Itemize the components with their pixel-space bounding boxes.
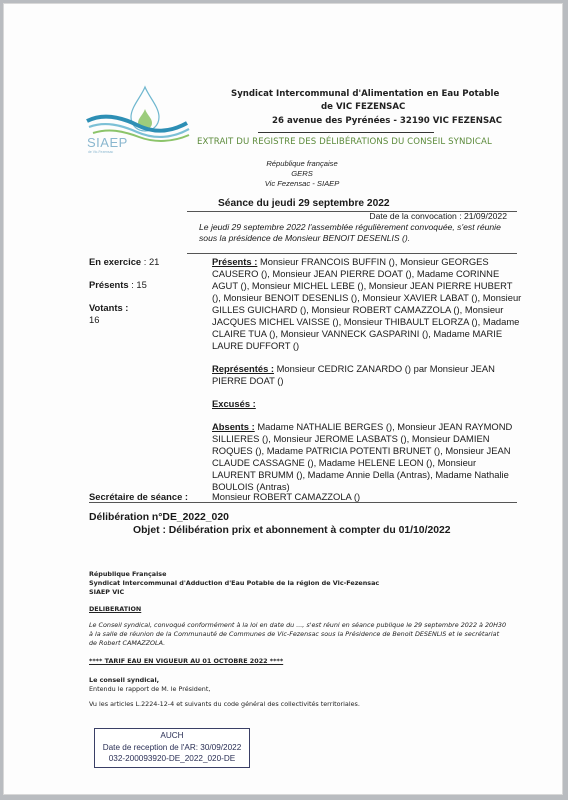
- seance-title: Séance du jeudi 29 septembre 2022: [218, 198, 390, 209]
- excuses-paragraph: Excusés :: [212, 398, 522, 410]
- header-divider: [258, 132, 434, 133]
- svg-text:SIAEP: SIAEP: [87, 135, 128, 150]
- tarif-heading: **** TARIF EAU EN VIGUEUR AU 01 OCTOBRE …: [89, 657, 283, 666]
- absents-paragraph: Absents : Madame NATHALIE BERGES (), Mon…: [212, 421, 522, 493]
- attendees-list: Présents : Monsieur FRANCOIS BUFFIN (), …: [212, 256, 522, 504]
- divider: [89, 502, 517, 503]
- representes-paragraph: Représentés : Monsieur CEDRIC ZANARDO ()…: [212, 363, 522, 387]
- extract-title: EXTRAIT DU REGISTRE DES DÉLIBÉRATIONS DU…: [197, 137, 492, 147]
- divider: [187, 253, 517, 254]
- republique-label: République française: [257, 159, 347, 169]
- org-name-line2: de VIC FEZENSAC: [321, 100, 405, 114]
- siaep-logo: SIAEP de Vic-Fezensac: [83, 83, 193, 155]
- en-exercice-count: En exercice : 21: [89, 256, 209, 268]
- location-block: République française GERS Vic Fezensac -…: [257, 159, 347, 189]
- stamp-reception-date: Date de reception de l'AR: 30/09/2022: [95, 742, 249, 754]
- reception-stamp: AUCH Date de reception de l'AR: 30/09/20…: [94, 728, 250, 768]
- conseil-block: Le conseil syndical, Entendu le rapport …: [89, 676, 210, 694]
- body-header: République Française Syndicat Intercommu…: [89, 570, 379, 597]
- vu-articles: Vu les articles L.2224-12-4 et suivants …: [89, 700, 360, 709]
- stamp-reference: 032-200093920-DE_2022_020-DE: [95, 753, 249, 765]
- lieu-label: Vic Fezensac - SIAEP: [257, 179, 347, 189]
- convocation-date: Date de la convocation : 21/09/2022: [369, 211, 507, 221]
- departement-label: GERS: [257, 169, 347, 179]
- deliberation-paragraph: Le Conseil syndical, convoqué conforméme…: [89, 621, 509, 648]
- presents-paragraph: Présents : Monsieur FRANCOIS BUFFIN (), …: [212, 256, 522, 352]
- deliberation-number: Délibération n°DE_2022_020: [89, 512, 229, 523]
- svg-text:de Vic-Fezensac: de Vic-Fezensac: [88, 150, 113, 154]
- seance-intro: Le jeudi 29 septembre 2022 l'assemblée r…: [199, 222, 519, 244]
- deliberation-objet: Objet : Délibération prix et abonnement …: [133, 525, 451, 536]
- presents-count: Présents : 15: [89, 279, 209, 291]
- org-address: 26 avenue des Pyrénées - 32190 VIC FEZEN…: [272, 114, 502, 128]
- secretaire-value: Monsieur ROBERT CAMAZZOLA (): [212, 491, 360, 502]
- water-drop-logo-icon: SIAEP de Vic-Fezensac: [83, 83, 193, 155]
- secretaire-label: Secrétaire de séance :: [89, 491, 188, 502]
- org-name-line1: Syndicat Intercommunal d'Alimentation en…: [231, 87, 499, 101]
- member-counts: En exercice : 21 Présents : 15 Votants :…: [89, 256, 209, 326]
- deliberation-heading: DELIBERATION: [89, 605, 141, 614]
- votants-count: Votants :16: [89, 302, 209, 326]
- stamp-city: AUCH: [95, 730, 249, 742]
- document-page: SIAEP de Vic-Fezensac Syndicat Intercomm…: [3, 3, 563, 795]
